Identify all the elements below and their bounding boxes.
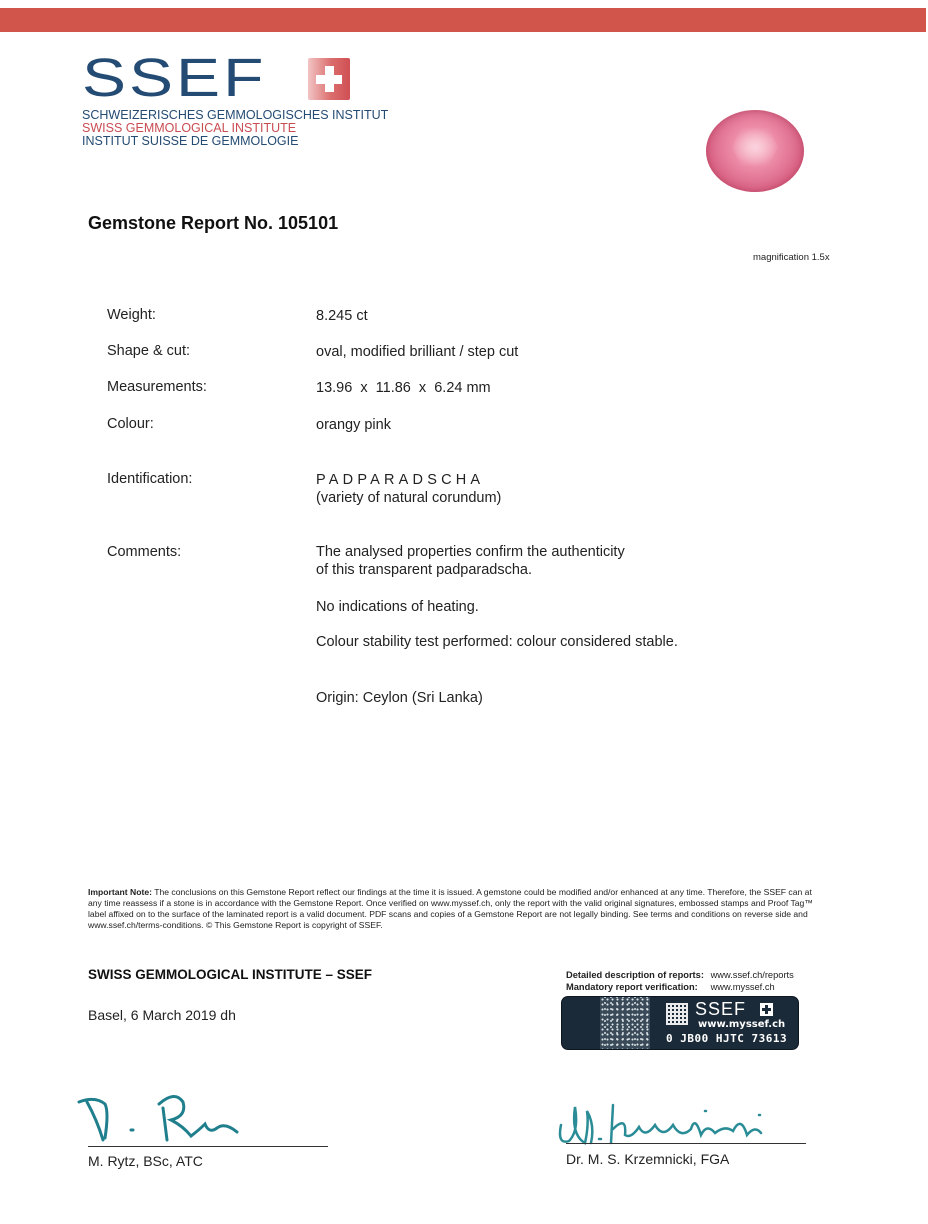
logo-subtitles: SCHWEIZERISCHES GEMMOLOGISCHES INSTITUT … [82, 109, 388, 148]
signature-line [88, 1146, 328, 1147]
signature-line [566, 1143, 806, 1144]
report-title: Gemstone Report No. 105101 [88, 213, 338, 234]
magnification-caption: magnification 1.5x [753, 252, 830, 263]
comment-line: of this transparent padparadscha. [316, 561, 532, 579]
field-label: Colour: [107, 416, 154, 432]
comment-line: No indications of heating. [316, 598, 479, 616]
logo-wordmark: SSEF [82, 54, 266, 100]
field-label: Identification: [107, 471, 192, 487]
important-note: Important Note: The conclusions on this … [88, 887, 828, 931]
comment-line: The analysed properties confirm the auth… [316, 543, 625, 561]
signatory-name: M. Rytz, BSc, ATC [88, 1153, 203, 1169]
field-value: PADPARADSCHA [316, 471, 484, 489]
hologram-pattern [600, 997, 650, 1049]
verify-link[interactable]: www.myssef.ch [711, 982, 775, 992]
institute-name: SWISS GEMMOLOGICAL INSTITUTE – SSEF [88, 967, 372, 982]
field-label: Shape & cut: [107, 343, 190, 359]
field-value: oval, modified brilliant / step cut [316, 343, 518, 361]
note-heading: Important Note: [88, 887, 152, 897]
field-value: orangy pink [316, 416, 391, 434]
description-label: Detailed description of reports: [566, 969, 708, 981]
proof-tag-label: SSEF www.myssef.ch 0 JB00 HJTC 73613 [562, 997, 798, 1049]
gemstone-image [706, 110, 804, 192]
field-value: 13.96 x 11.86 x 6.24 mm [316, 379, 491, 397]
field-value: 8.245 ct [316, 307, 368, 325]
proof-tag-logo: SSEF [695, 999, 746, 1020]
field-label: Measurements: [107, 379, 207, 395]
proof-tag-code: 0 JB00 HJTC 73613 [666, 1032, 787, 1045]
note-body: The conclusions on this Gemstone Report … [88, 887, 813, 930]
swiss-cross-icon [760, 1003, 773, 1016]
place-date: Basel, 6 March 2019 dh [88, 1007, 236, 1023]
field-label: Comments: [107, 544, 181, 560]
swiss-cross-icon [308, 58, 350, 100]
origin-line: Origin: Ceylon (Sri Lanka) [316, 689, 483, 707]
header-accent-bar [0, 8, 926, 32]
signature-rytz [75, 1090, 255, 1150]
signatory-name: Dr. M. S. Krzemnicki, FGA [566, 1151, 729, 1167]
logo-line-fr: INSTITUT SUISSE DE GEMMOLOGIE [82, 135, 388, 148]
field-subvalue: (variety of natural corundum) [316, 489, 501, 507]
description-link[interactable]: www.ssef.ch/reports [711, 970, 794, 980]
signature-krzemnicki [555, 1095, 795, 1155]
comment-line: Colour stability test performed: colour … [316, 633, 678, 651]
datamatrix-code-icon [666, 1003, 688, 1025]
verify-label: Mandatory report verification: [566, 981, 708, 993]
proof-tag-url: www.myssef.ch [698, 1019, 785, 1030]
verification-info: Detailed description of reports: www.sse… [566, 969, 794, 993]
field-label: Weight: [107, 307, 156, 323]
